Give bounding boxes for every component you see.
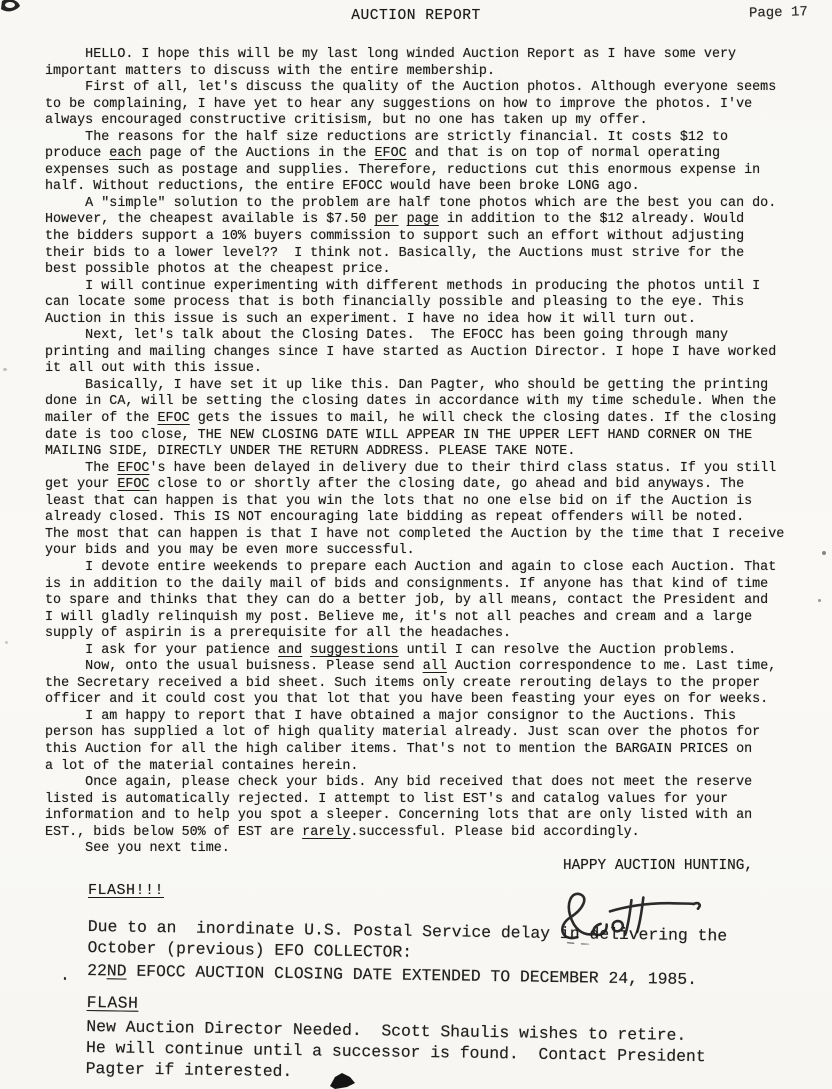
text-line: their bids to a lower level?? I think no… [45, 246, 805, 263]
paragraph: Basically, I have set it up like this. D… [45, 378, 805, 461]
bottom-section: Due to an inordinate U.S. Postal Service… [86, 916, 728, 1088]
text-line: I devote entire weekends to prepare each… [45, 560, 805, 577]
text-line: person has supplied a lot of high qualit… [45, 725, 805, 742]
underlined-text: EFOC [375, 146, 407, 161]
underlined-text: per [374, 212, 398, 227]
text-line: to be complaining, I have yet to hear an… [45, 97, 805, 114]
text-line: I will continue experimenting with diffe… [45, 279, 805, 296]
text-line: mailer of the EFOC gets the issues to ma… [45, 411, 805, 428]
text-line: get your EFOC close to or shortly after … [45, 477, 805, 494]
paragraph: The reasons for the half size reductions… [45, 130, 805, 196]
paragraph: First of all, let's discuss the quality … [45, 80, 805, 130]
text-line: the bidders support a 10% buyers commiss… [45, 229, 805, 246]
text-line: See you next time. [45, 841, 805, 858]
text-line: supply of aspirin is a prerequisite for … [45, 626, 805, 643]
text-line: best possible photos at the cheapest pri… [45, 262, 805, 279]
text-line: The reasons for the half size reductions… [45, 130, 805, 147]
text-line: it all out with this issue. [45, 361, 805, 378]
flash-postal-text: Due to an inordinate U.S. Postal Service… [87, 916, 727, 967]
text-line: to spare and thinks that they can do a b… [45, 593, 805, 610]
text-line: a lot of the material containes herein. [45, 759, 805, 776]
text-line: HELLO. I hope this will be my last long … [45, 47, 805, 64]
text-line: done in CA, will be setting the closing … [45, 394, 805, 411]
underlined-text: rarely [302, 825, 350, 840]
scan-speck [818, 599, 821, 602]
paragraph: I devote entire weekends to prepare each… [45, 560, 805, 643]
text-line: EST., bids below 50% of EST are rarely.s… [45, 825, 805, 842]
text-line: officer and it could cost you that lot t… [45, 692, 805, 709]
document-page: AUCTION REPORT Page 17 HELLO. I hope thi… [0, 0, 832, 1089]
paragraph: I am happy to report that I have obtaine… [45, 709, 805, 775]
paragraph: Now, onto the usual buisness. Please sen… [45, 659, 805, 709]
text-line: I ask for your patience and suggestions … [45, 643, 805, 660]
text-line: The most that can happen is that I have … [45, 527, 805, 544]
underlined-text: each [109, 146, 141, 161]
text-line: expenses such as postage and supplies. T… [45, 163, 805, 180]
text-line: Basically, I have set it up like this. D… [45, 378, 805, 395]
paragraph: See you next time. [45, 841, 805, 858]
paragraph: A "simple" solution to the problem are h… [45, 196, 805, 279]
text-line: produce each page of the Auctions in the… [45, 146, 805, 163]
text-line: printing and mailing changes since I hav… [45, 345, 805, 362]
scan-speck [5, 641, 8, 644]
text-line: this Auction for all the high caliber it… [45, 742, 805, 759]
page-number: Page 17 [749, 4, 808, 22]
text-line: The EFOC's have been delayed in delivery… [45, 461, 805, 478]
scan-speck [3, 368, 7, 371]
underlined-text: EFOC [158, 411, 190, 426]
underlined-text: EFOC [117, 461, 149, 476]
text-line: your bids and you may be even more succe… [45, 543, 805, 560]
text-line: A "simple" solution to the problem are h… [45, 196, 805, 213]
text-line: is in addition to the daily mail of bids… [45, 577, 805, 594]
text-line: can locate some process that is both fin… [45, 295, 805, 312]
paragraph: I ask for your patience and suggestions … [45, 643, 805, 660]
text-line: half. Without reductions, the entire EFO… [45, 179, 805, 196]
text-line: important matters to discuss with the en… [45, 64, 805, 81]
text-line: always encouraged constructive critisism… [45, 113, 805, 130]
scan-speck [822, 551, 826, 555]
ink-blob [326, 1072, 358, 1089]
bullet-period: . [60, 965, 70, 986]
text-line: Auction in this issue is such an experim… [45, 312, 805, 329]
text-line: Once again, please check your bids. Any … [45, 775, 805, 792]
underlined-text: ND [107, 961, 127, 980]
flash-postal-heading: FLASH!!! [88, 882, 164, 899]
text-line: Next, let's talk about the Closing Dates… [45, 328, 805, 345]
flash-director-text: New Auction Director Needed. Scott Shaul… [86, 1016, 726, 1088]
text-line: the Secretary received a bid sheet. Such… [45, 676, 805, 693]
text-line: I am happy to report that I have obtaine… [45, 709, 805, 726]
closing-line: HAPPY AUCTION HUNTING, [563, 858, 753, 874]
text-line: already closed. This IS NOT encouraging … [45, 510, 805, 527]
underlined-text: and [278, 643, 302, 658]
paragraph: Next, let's talk about the Closing Dates… [45, 328, 805, 378]
text-line: date is too close, THE NEW CLOSING DATE … [45, 428, 805, 445]
document-body: HELLO. I hope this will be my last long … [45, 47, 805, 858]
text-line: information and to help you spot a sleep… [45, 808, 805, 825]
text-line: First of all, let's discuss the quality … [45, 80, 805, 97]
text-line: I will gladly relinquish my post. Believ… [45, 610, 805, 627]
page-title: AUCTION REPORT [0, 8, 832, 24]
underlined-text: page [407, 212, 439, 227]
underlined-text: suggestions [310, 643, 398, 658]
underlined-text: all [423, 659, 447, 674]
text-line: listed is automatically rejected. I atte… [45, 792, 805, 809]
paragraph: I will continue experimenting with diffe… [45, 279, 805, 329]
text-line: Now, onto the usual buisness. Please sen… [45, 659, 805, 676]
paragraph: The EFOC's have been delayed in delivery… [45, 461, 805, 560]
text-line: However, the cheapest available is $7.50… [45, 212, 805, 229]
underlined-text: EFOC [117, 477, 149, 492]
text-line: MAILING SIDE, DIRECTLY UNDER THE RETURN … [45, 444, 805, 461]
paragraph: HELLO. I hope this will be my last long … [45, 47, 805, 80]
text-line: least that can happen is that you win th… [45, 494, 805, 511]
paragraph: Once again, please check your bids. Any … [45, 775, 805, 841]
